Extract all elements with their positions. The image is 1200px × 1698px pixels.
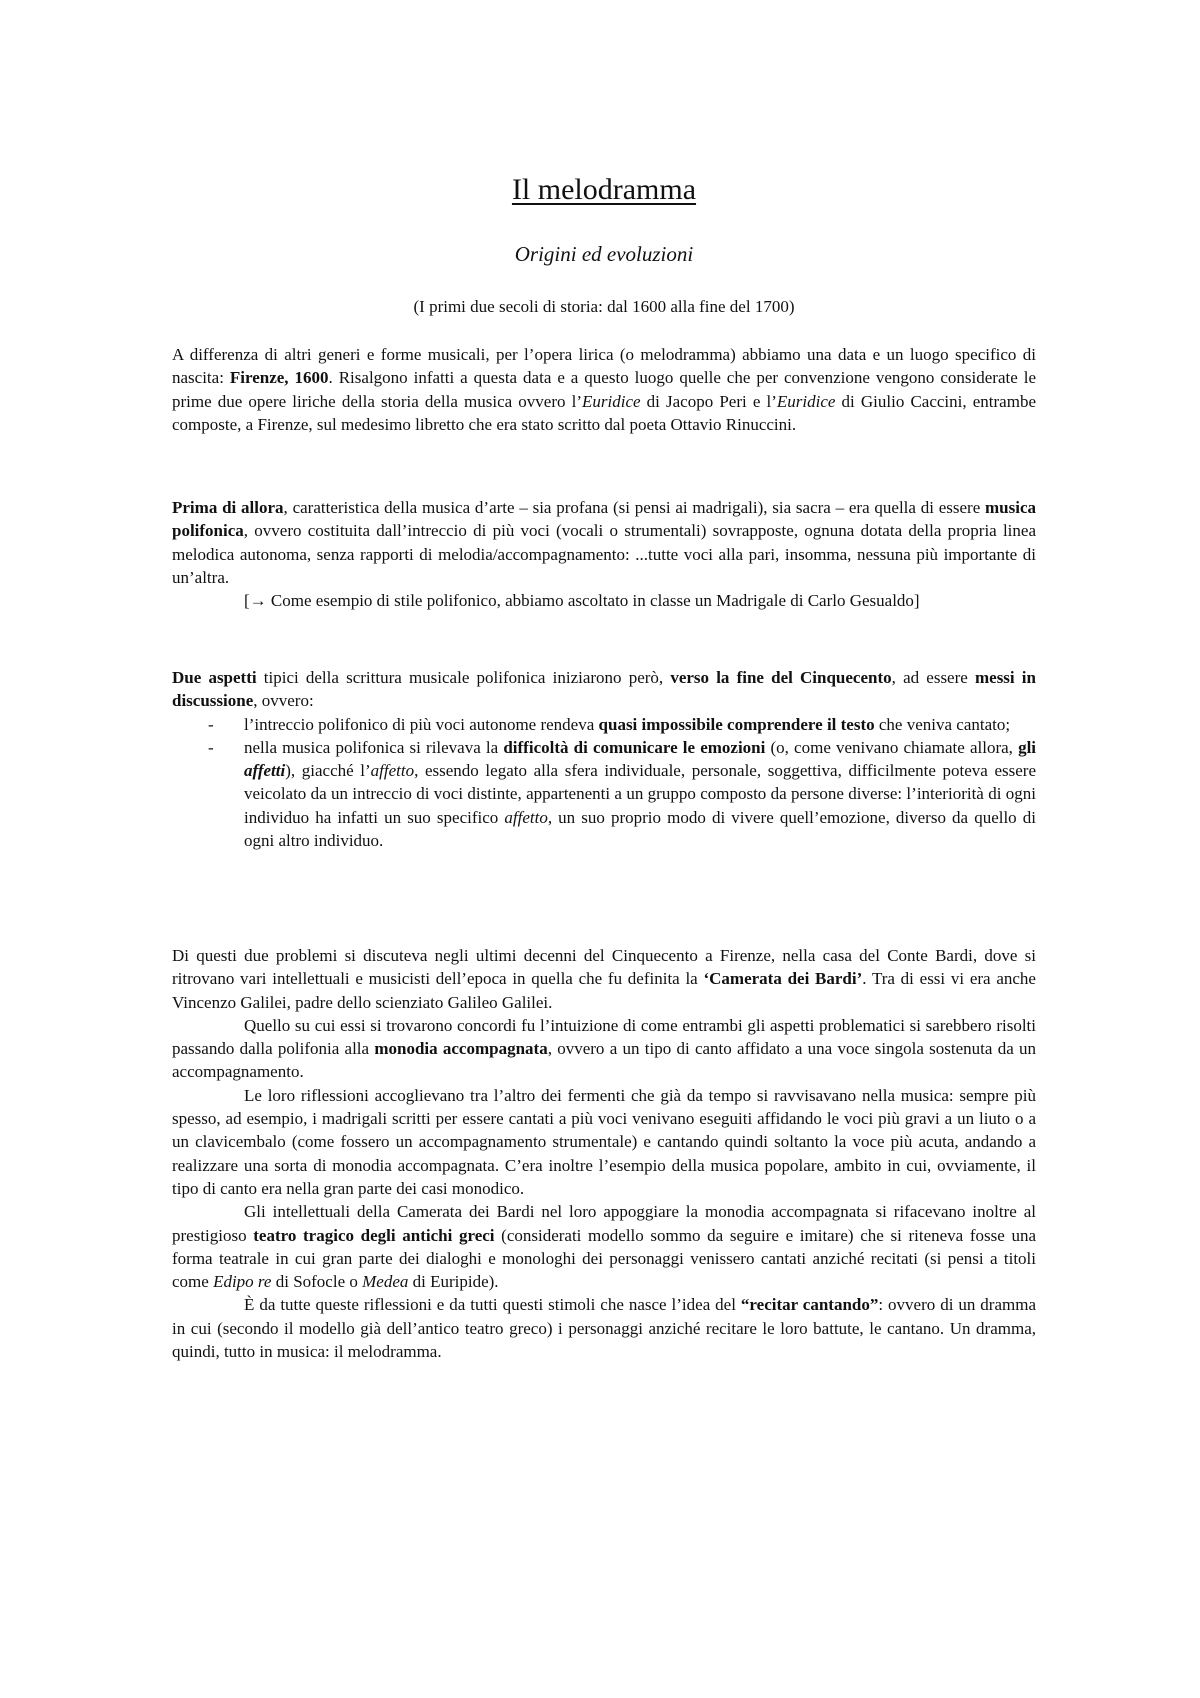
text: di Sofocle o bbox=[271, 1272, 362, 1291]
text: È da tutte queste riflessioni e da tutti… bbox=[244, 1295, 741, 1314]
paragraph-monody: Quello su cui essi si trovarono concordi… bbox=[172, 1014, 1036, 1084]
document-title: Il melodramma bbox=[172, 172, 1036, 208]
italic-text: affetto bbox=[504, 808, 547, 827]
document-subtitle: Origini ed evoluzioni bbox=[172, 240, 1036, 268]
italic-text: Medea bbox=[362, 1272, 408, 1291]
text: , caratteristica della musica d’arte – s… bbox=[284, 498, 985, 517]
bold-text: Firenze, 1600 bbox=[230, 368, 329, 387]
paragraph-origins: A differenza di altri generi e forme mus… bbox=[172, 343, 1036, 436]
text: , ad essere bbox=[892, 668, 975, 687]
text: l’intreccio polifonico di più voci auton… bbox=[244, 715, 599, 734]
italic-text: Edipo re bbox=[213, 1272, 271, 1291]
bold-text: gli bbox=[1018, 738, 1036, 757]
title-text: Il melodramma bbox=[512, 173, 696, 206]
text: ), giacché l’ bbox=[285, 761, 370, 780]
aspects-list: l’intreccio polifonico di più voci auton… bbox=[172, 713, 1036, 853]
document-period: (I primi due secoli di storia: dal 1600 … bbox=[172, 295, 1036, 319]
text: di Jacopo Peri e l’ bbox=[641, 392, 777, 411]
text: , ovvero: bbox=[253, 691, 313, 710]
bold-text: teatro tragico degli antichi greci bbox=[253, 1226, 494, 1245]
paragraph-two-aspects: Due aspetti tipici della scrittura music… bbox=[172, 666, 1036, 852]
paragraph-camerata: Di questi due problemi si discuteva negl… bbox=[172, 944, 1036, 1363]
text: , ovvero costituita dall’intreccio di pi… bbox=[172, 521, 1036, 587]
italic-text: Euridice bbox=[582, 392, 641, 411]
paragraph-greek-theatre: Gli intellettuali della Camerata dei Bar… bbox=[172, 1200, 1036, 1293]
bold-text: quasi impossibile comprendere il testo bbox=[599, 715, 875, 734]
list-item: l’intreccio polifonico di più voci auton… bbox=[172, 713, 1036, 736]
bold-italic-text: affetti bbox=[244, 761, 285, 780]
bold-text: “recitar cantando” bbox=[741, 1295, 878, 1314]
bold-text: Due aspetti bbox=[172, 668, 257, 687]
bold-text: verso la fine del Cinquecento bbox=[670, 668, 891, 687]
paragraph-polyphony: Prima di allora, caratteristica della mu… bbox=[172, 496, 1036, 612]
italic-text: Euridice bbox=[777, 392, 836, 411]
bold-text: difficoltà di comunicare le emozioni bbox=[503, 738, 765, 757]
text: tipici della scrittura musicale polifoni… bbox=[257, 668, 671, 687]
text: che veniva cantato; bbox=[875, 715, 1010, 734]
italic-text: affetto bbox=[371, 761, 414, 780]
text: di Euripide). bbox=[408, 1272, 498, 1291]
bold-text: ‘Camerata dei Bardi’ bbox=[703, 969, 862, 988]
example-note: [→ Come esempio di stile polifonico, abb… bbox=[172, 589, 1036, 612]
bold-text: monodia accompagnata bbox=[374, 1039, 547, 1058]
text: nella musica polifonica si rilevava la bbox=[244, 738, 503, 757]
text: (o, come venivano chiamate allora, bbox=[765, 738, 1018, 757]
paragraph-ferments: Le loro riflessioni accoglievano tra l’a… bbox=[172, 1084, 1036, 1200]
list-item: nella musica polifonica si rilevava la d… bbox=[172, 736, 1036, 852]
paragraph-recitar-cantando: È da tutte queste riflessioni e da tutti… bbox=[172, 1293, 1036, 1363]
bold-text: Prima di allora bbox=[172, 498, 284, 517]
